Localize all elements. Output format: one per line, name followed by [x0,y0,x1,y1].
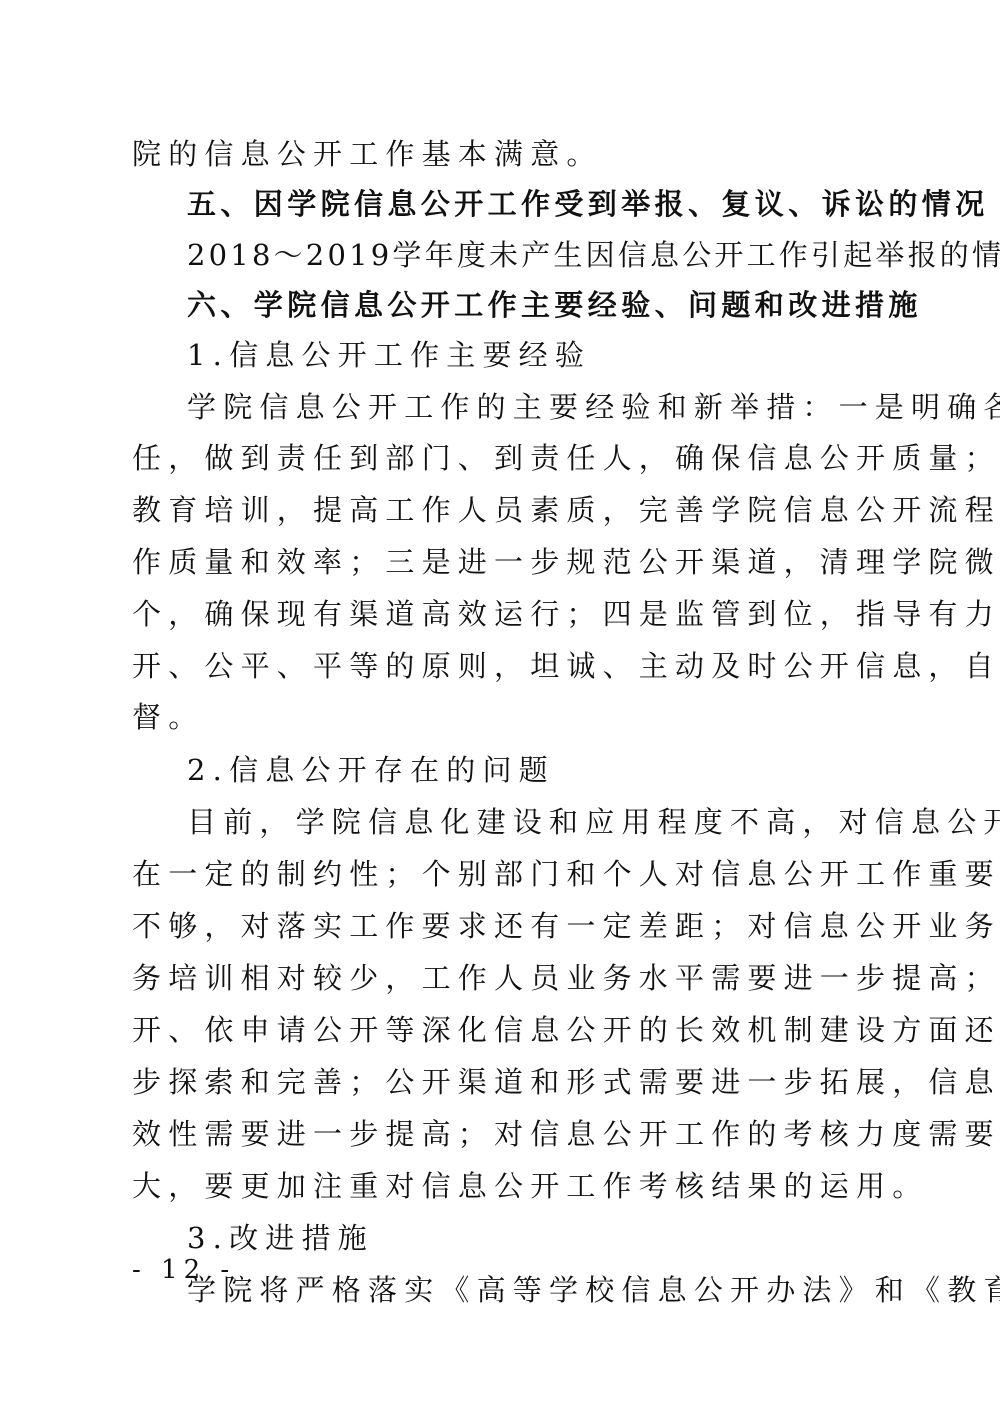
paragraph-line: 不够，对落实工作要求还有一定差距；对信息公开业务人员的业 [132,900,1000,952]
paragraph-line: 2018～2019学年度未产生因信息公开工作引起举报的情况。 [187,229,1000,281]
paragraph-line: 学院将严格落实《高等学校信息公开办法》和《教育部关于 [187,1264,1000,1316]
paragraph-line: 任，做到责任到部门、到责任人，确保信息公开质量；二是强化 [132,432,1000,484]
paragraph-line: 学院信息公开工作的主要经验和新举措：一是明确各部门责 [187,381,1000,433]
section-heading-6: 六、学院信息公开工作主要经验、问题和改进措施 [187,279,922,331]
paragraph-line: 大，要更加注重对信息公开工作考核结果的运用。 [132,1160,928,1212]
paragraph-line: 作质量和效率；三是进一步规范公开渠道，清理学院微信平台 3 [132,536,1000,588]
paragraph-line: 步探索和完善；公开渠道和形式需要进一步拓展，信息公开的时 [132,1056,1000,1108]
subheading-problems: 2.信息公开存在的问题 [187,744,555,796]
paragraph-line: 开、公平、平等的原则，坦诚、主动及时公开信息，自觉接受监 [132,640,1000,692]
subheading-experience: 1.信息公开工作主要经验 [187,329,591,381]
paragraph-line: 开、依申请公开等深化信息公开的长效机制建设方面还有待进一 [132,1004,1000,1056]
paragraph-line: 督。 [132,691,204,743]
page-number: - 12 - [132,1250,235,1290]
paragraph-line: 院的信息公开工作基本满意。 [132,128,603,180]
paragraph-line: 效性需要进一步提高；对信息公开工作的考核力度需要进一步加 [132,1108,1000,1160]
paragraph-line: 个，确保现有渠道高效运行；四是监管到位，指导有力，坚持公 [132,588,1000,640]
paragraph-line: 在一定的制约性；个别部门和个人对信息公开工作重要性认识还 [132,848,1000,900]
section-heading-5: 五、因学院信息公开工作受到举报、复议、诉讼的情况 [187,178,989,230]
paragraph-line: 教育培训，提高工作人员素质，完善学院信息公开流程，提高工 [132,484,1000,536]
paragraph-line: 目前，学院信息化建设和应用程度不高，对信息公开工作存 [187,796,1000,848]
paragraph-line: 务培训相对较少，工作人员业务水平需要进一步提高；在主动公 [132,952,1000,1004]
